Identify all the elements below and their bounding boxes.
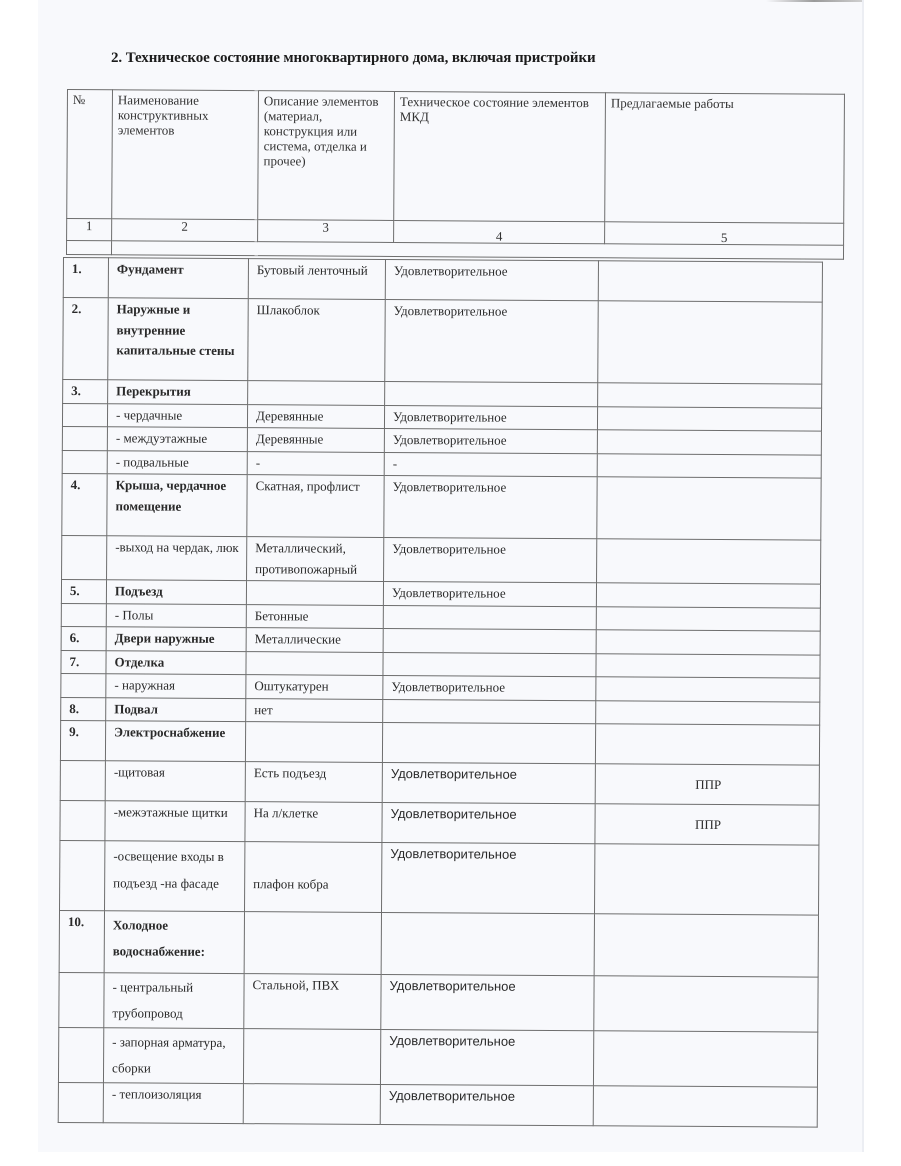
table-row: -щитоваяЕсть подъездУдовлетворительноеПП… (60, 760, 819, 805)
col-number-5: 5 (605, 222, 844, 245)
element-description: Бетонные (246, 604, 383, 628)
element-name: Отделка (106, 650, 246, 674)
element-description (243, 1029, 380, 1085)
element-name: - теплоизоляция (103, 1083, 243, 1124)
row-number: 7. (61, 650, 106, 674)
table-row: - запорная арматура, сборкиУдовлетворите… (58, 1027, 817, 1087)
proposed-works (597, 430, 821, 455)
proposed-works (593, 1086, 817, 1127)
proposed-works (594, 844, 818, 915)
element-name: - подвальные (107, 450, 247, 474)
row-number (60, 840, 105, 910)
proposed-works (593, 1031, 817, 1087)
table-row: -выход на чердак, люкМеталлический, прот… (62, 535, 821, 584)
proposed-works (595, 724, 819, 765)
table-row: 9.Электроснабжение (60, 720, 819, 765)
col-header-description: Описание элементов (материал, конструкци… (258, 91, 395, 221)
element-description (246, 581, 383, 605)
row-number: 9. (60, 720, 105, 760)
proposed-works (597, 539, 821, 584)
element-name: - Полы (106, 603, 246, 627)
scan-edge (766, 0, 862, 2)
proposed-works (596, 630, 820, 655)
element-name: Крыша, чердачное помещение (107, 474, 247, 537)
element-name: Подъезд (106, 580, 246, 604)
proposed-works: ППР (595, 804, 819, 845)
element-description (243, 1084, 380, 1125)
section-title: 2. Техническое состояние многоквартирног… (111, 50, 596, 67)
technical-state: Удовлетворительное (383, 581, 596, 606)
col-header-works: Предлагаемые работы (605, 93, 845, 223)
element-name: - наружная (106, 674, 246, 698)
row-number (59, 972, 104, 1027)
row-number (58, 1082, 103, 1122)
row-number: 5. (61, 579, 106, 603)
element-name: -щитовая (105, 761, 245, 802)
spacer-cell (66, 241, 111, 255)
element-name: Холодное водоснабжение: (104, 911, 244, 974)
element-name: Электроснабжение (105, 721, 245, 762)
element-name: -межэтажные щитки (105, 801, 245, 842)
col-number-1: 1 (67, 219, 112, 241)
col-number-4: 4 (394, 220, 605, 243)
technical-state: Удовлетворительное (384, 537, 597, 582)
proposed-works (598, 261, 822, 302)
proposed-works (598, 301, 822, 384)
proposed-works (596, 583, 820, 608)
row-number: 1. (63, 258, 108, 298)
proposed-works (596, 653, 820, 678)
element-description: - (247, 451, 384, 475)
row-number: 4. (62, 473, 107, 535)
technical-state: Удовлетворительное (385, 299, 598, 382)
technical-state (381, 912, 594, 975)
table-row: -межэтажные щиткиНа л/клеткеУдовлетворит… (60, 800, 819, 845)
element-description: плафон кобра (245, 842, 382, 913)
col-number-2: 2 (112, 219, 258, 242)
technical-state (382, 722, 595, 763)
element-description (246, 651, 383, 675)
row-number (61, 603, 106, 627)
element-description: На л/клетке (245, 802, 382, 843)
col-header-state: Техническое состояние элементов МКД (394, 92, 606, 222)
element-description: Шлакоблок (248, 299, 385, 382)
element-name: - запорная арматура, сборки (103, 1028, 243, 1084)
technical-state: Удовлетворительное (380, 1029, 593, 1085)
row-number (58, 1027, 103, 1082)
element-name: - центральный трубопровод (104, 973, 244, 1029)
technical-state: Удовлетворительное (384, 428, 597, 453)
technical-state (383, 605, 596, 630)
row-number (62, 535, 107, 579)
technical-state: Удовлетворительное (383, 675, 596, 700)
table-row: - теплоизоляцияУдовлетворительное (58, 1082, 817, 1127)
row-number: 6. (61, 626, 106, 650)
table-row: 1.ФундаментБутовый ленточныйУдовлетворит… (63, 258, 822, 303)
element-description (248, 381, 385, 405)
element-description: Металлические (246, 628, 383, 652)
element-name: -выход на чердак, люк (107, 536, 247, 581)
technical-state: Удовлетворительное (385, 259, 598, 300)
element-description: Оштукатурен (246, 675, 383, 699)
row-number: 2. (63, 298, 109, 380)
technical-state: - (384, 452, 597, 477)
row-number (60, 760, 105, 800)
technical-state: Удовлетворительное (382, 842, 595, 913)
proposed-works (594, 976, 818, 1032)
header-row: № Наименование конструктивных элементов … (67, 90, 845, 224)
row-number (62, 450, 107, 474)
proposed-works (597, 453, 821, 478)
elements-table: 1.ФундаментБутовый ленточныйУдовлетворит… (58, 257, 823, 1128)
element-description: Бутовый ленточный (248, 259, 385, 300)
technical-state (383, 652, 596, 677)
table-row: 4.Крыша, чердачное помещениеСкатная, про… (62, 473, 821, 540)
element-description (245, 722, 382, 763)
element-description: Есть подъезд (245, 762, 382, 803)
element-name: Подвал (106, 697, 246, 721)
col-header-number: № (67, 90, 113, 219)
element-name: Фундамент (108, 258, 248, 299)
element-description (244, 912, 381, 975)
proposed-works (596, 606, 820, 631)
element-name: Перекрытия (108, 380, 248, 404)
element-name: Двери наружные (106, 627, 246, 651)
row-number (62, 426, 107, 450)
technical-state (383, 699, 596, 724)
table-row: -освещение входы в подъезд -на фасадепла… (60, 840, 819, 915)
element-name: Наружные и внутренние капитальные стены (108, 298, 248, 381)
element-description: Скатная, профлист (247, 475, 384, 538)
element-name: - междуэтажные (107, 427, 247, 451)
row-number: 8. (61, 697, 106, 721)
technical-state: Удовлетворительное (382, 802, 595, 843)
element-description: Деревянные (247, 404, 384, 428)
element-description: Деревянные (247, 428, 384, 452)
row-number (60, 800, 105, 840)
technical-state (385, 381, 598, 406)
element-description: Стальной, ПВХ (244, 974, 381, 1030)
technical-state: Удовлетворительное (381, 974, 594, 1030)
header-table: № Наименование конструктивных элементов … (66, 89, 845, 260)
technical-state (383, 628, 596, 653)
proposed-works (597, 406, 821, 431)
row-number: 10. (59, 910, 104, 972)
elements-table-body: 1.ФундаментБутовый ленточныйУдовлетворит… (58, 258, 822, 1128)
proposed-works: ППР (595, 764, 819, 805)
row-number (62, 403, 107, 427)
element-description: Металлический, противопожарный (247, 537, 384, 582)
technical-state: Удовлетворительное (380, 1084, 593, 1125)
proposed-works (598, 383, 822, 408)
technical-state: Удовлетворительное (384, 405, 597, 430)
proposed-works (596, 700, 820, 725)
element-description: нет (246, 698, 383, 722)
table-row: 2.Наружные и внутренние капитальные стен… (63, 298, 822, 385)
technical-state: Удовлетворительное (384, 475, 597, 538)
proposed-works (594, 914, 818, 977)
element-name: - чердачные (107, 403, 247, 427)
table-row: - центральный трубопроводСтальной, ПВХУд… (59, 972, 818, 1032)
table-row: 10.Холодное водоснабжение: (59, 910, 818, 977)
proposed-works (597, 477, 821, 540)
element-name: -освещение входы в подъезд -на фасаде (105, 841, 245, 912)
row-number: 3. (63, 380, 108, 404)
col-header-name: Наименование конструктивных элементов (112, 90, 259, 220)
technical-state: Удовлетворительное (382, 762, 595, 803)
col-number-3: 3 (258, 220, 394, 243)
proposed-works (596, 677, 820, 702)
row-number (61, 673, 106, 697)
